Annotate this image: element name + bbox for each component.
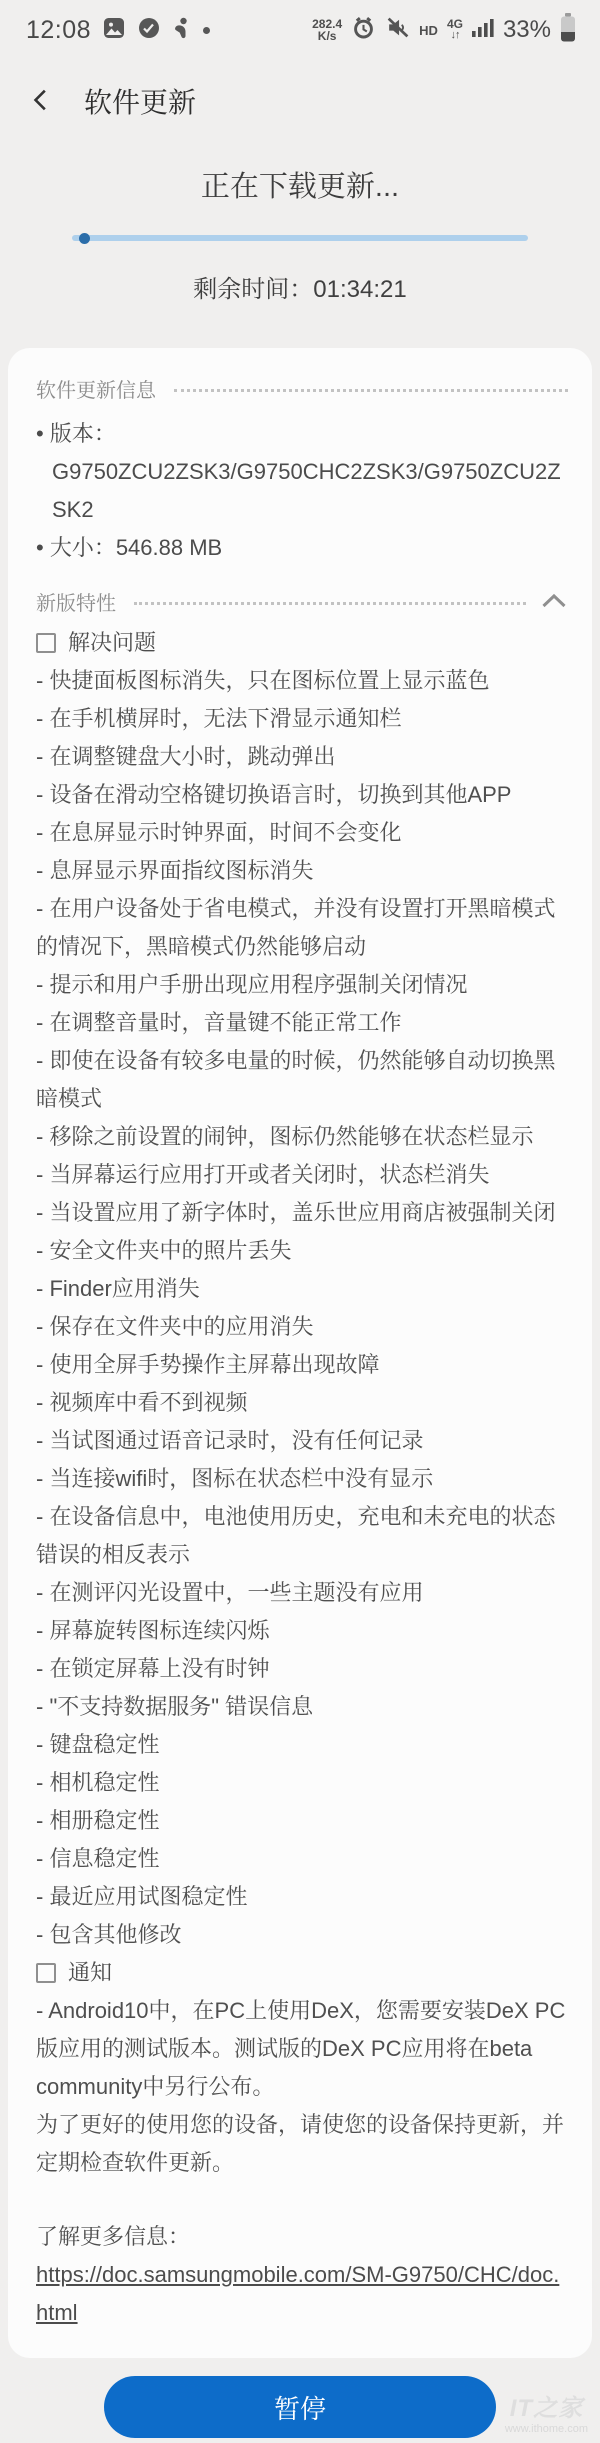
checkbox-square-icon bbox=[36, 1963, 56, 1983]
closing-note: 为了更好的使用您的设备，请使您的设备保持更新，并定期检查软件更新。 bbox=[36, 2106, 568, 2182]
feature-item: - 提示和用户手册出现应用程序强制关闭情况 bbox=[36, 966, 568, 1004]
notification-dot bbox=[203, 27, 210, 34]
dotted-leader bbox=[134, 602, 526, 605]
feature-item: - 在设备信息中，电池使用历史，充电和未充电的状态错误的相反表示 bbox=[36, 1498, 568, 1574]
feature-item: - 键盘稳定性 bbox=[36, 1726, 568, 1764]
feature-item: - 包含其他修改 bbox=[36, 1916, 568, 1954]
watermark-site: www.ithome.com bbox=[505, 2423, 588, 2435]
group-heading-label: 解决问题 bbox=[68, 624, 156, 662]
feature-item: - 保存在文件夹中的应用消失 bbox=[36, 1308, 568, 1346]
mobile-data-icon: 4G ↓↑ bbox=[447, 19, 463, 41]
features-section-header: 新版特性 bbox=[36, 587, 568, 616]
back-chevron-icon bbox=[29, 88, 53, 115]
dotted-leader bbox=[174, 389, 568, 392]
signal-bars-icon bbox=[472, 18, 494, 42]
download-status-text: 正在下载更新... bbox=[0, 164, 600, 205]
feature-item: - 在息屏显示时钟界面，时间不会变化 bbox=[36, 814, 568, 852]
feature-item: - 相册稳定性 bbox=[36, 1802, 568, 1840]
back-button[interactable] bbox=[24, 84, 58, 118]
info-section-header: 软件更新信息 bbox=[36, 374, 568, 403]
group-heading: 解决问题 bbox=[36, 624, 568, 662]
feature-item: - 快捷面板图标消失，只在图标位置上显示蓝色 bbox=[36, 662, 568, 700]
pause-button[interactable]: 暂停 bbox=[104, 2376, 496, 2438]
feature-item: - 移除之前设置的闹钟，图标仍然能够在状态栏显示 bbox=[36, 1118, 568, 1156]
person-icon bbox=[172, 16, 192, 45]
feature-item: - 息屏显示界面指纹图标消失 bbox=[36, 852, 568, 890]
progress-thumb bbox=[79, 233, 90, 244]
feature-item: - 当试图通过语音记录时，没有任何记录 bbox=[36, 1422, 568, 1460]
app-header: 软件更新 bbox=[0, 78, 600, 124]
feature-item: - 使用全屏手势操作主屏幕出现故障 bbox=[36, 1346, 568, 1384]
progress-track bbox=[72, 235, 528, 241]
mute-icon bbox=[385, 15, 410, 45]
hd-indicator: HD bbox=[419, 23, 438, 38]
watermark: IT之家 www.ithome.com bbox=[505, 2388, 588, 2435]
size-line: • 大小：546.88 MB bbox=[36, 529, 568, 567]
feature-item: - 设备在滑动空格键切换语言时，切换到其他APP bbox=[36, 776, 568, 814]
feature-item: - Finder应用消失 bbox=[36, 1270, 568, 1308]
info-section-title: 软件更新信息 bbox=[36, 374, 156, 403]
update-info-card: 软件更新信息 • 版本：G9750ZCU2ZSK3/G9750CHC2ZSK3/… bbox=[8, 348, 592, 2358]
version-line: • 版本：G9750ZCU2ZSK3/G9750CHC2ZSK3/G9750ZC… bbox=[36, 415, 568, 529]
feature-item: - 信息稳定性 bbox=[36, 1840, 568, 1878]
feature-item: - Android10中，在PC上使用DeX，您需要安装DeX PC版应用的测试… bbox=[36, 1992, 568, 2106]
feature-item: - 视频库中看不到视频 bbox=[36, 1384, 568, 1422]
checkbox-square-icon bbox=[36, 633, 56, 653]
feature-item: - 在测评闪光设置中，一些主题没有应用 bbox=[36, 1574, 568, 1612]
feature-item: - 当设置应用了新字体时，盖乐世应用商店被强制关闭 bbox=[36, 1194, 568, 1232]
alarm-icon bbox=[351, 15, 376, 45]
network-speed: 282.4 K/s bbox=[312, 18, 342, 42]
collapse-button[interactable] bbox=[540, 592, 568, 612]
feature-item: - 屏幕旋转图标连续闪烁 bbox=[36, 1612, 568, 1650]
feature-item: - 当连接wifi时，图标在状态栏中没有显示 bbox=[36, 1460, 568, 1498]
status-bar: 12:08 282.4 K/s HD 4G ↓↑ 33% bbox=[0, 0, 600, 40]
download-progress-bar bbox=[72, 233, 528, 243]
feature-item: - 在锁定屏幕上没有时钟 bbox=[36, 1650, 568, 1688]
battery-icon bbox=[560, 13, 576, 47]
feature-item: - 当屏幕运行应用打开或者关闭时，状态栏消失 bbox=[36, 1156, 568, 1194]
clock-time: 12:08 bbox=[26, 16, 91, 45]
group-heading: 通知 bbox=[36, 1954, 568, 1992]
feature-item: - 在调整音量时，音量键不能正常工作 bbox=[36, 1004, 568, 1042]
remaining-time: 剩余时间：01:34:21 bbox=[0, 269, 600, 304]
feature-item: - 在调整键盘大小时，跳动弹出 bbox=[36, 738, 568, 776]
more-info-link[interactable]: https://doc.samsungmobile.com/SM-G9750/C… bbox=[36, 2256, 568, 2332]
page-title: 软件更新 bbox=[84, 81, 196, 121]
watermark-logo: IT之家 bbox=[505, 2388, 588, 2423]
battery-percent: 33% bbox=[503, 16, 551, 44]
feature-groups: 解决问题- 快捷面板图标消失，只在图标位置上显示蓝色- 在手机横屏时，无法下滑显… bbox=[36, 624, 568, 2106]
feature-item: - 最近应用试图稳定性 bbox=[36, 1878, 568, 1916]
group-heading-label: 通知 bbox=[68, 1954, 112, 1992]
feature-item: - 安全文件夹中的照片丢失 bbox=[36, 1232, 568, 1270]
feature-item: - "不支持数据服务" 错误信息 bbox=[36, 1688, 568, 1726]
feature-item: - 相机稳定性 bbox=[36, 1764, 568, 1802]
features-section-title: 新版特性 bbox=[36, 587, 116, 616]
chevron-up-icon bbox=[540, 592, 568, 612]
check-badge-icon bbox=[137, 16, 161, 45]
gallery-icon bbox=[102, 16, 126, 45]
feature-item: - 在用户设备处于省电模式，并没有设置打开黑暗模式的情况下，黑暗模式仍然能够启动 bbox=[36, 890, 568, 966]
feature-item: - 在手机横屏时，无法下滑显示通知栏 bbox=[36, 700, 568, 738]
more-info-label: 了解更多信息： bbox=[36, 2218, 568, 2256]
feature-item: - 即使在设备有较多电量的时候，仍然能够自动切换黑暗模式 bbox=[36, 1042, 568, 1118]
